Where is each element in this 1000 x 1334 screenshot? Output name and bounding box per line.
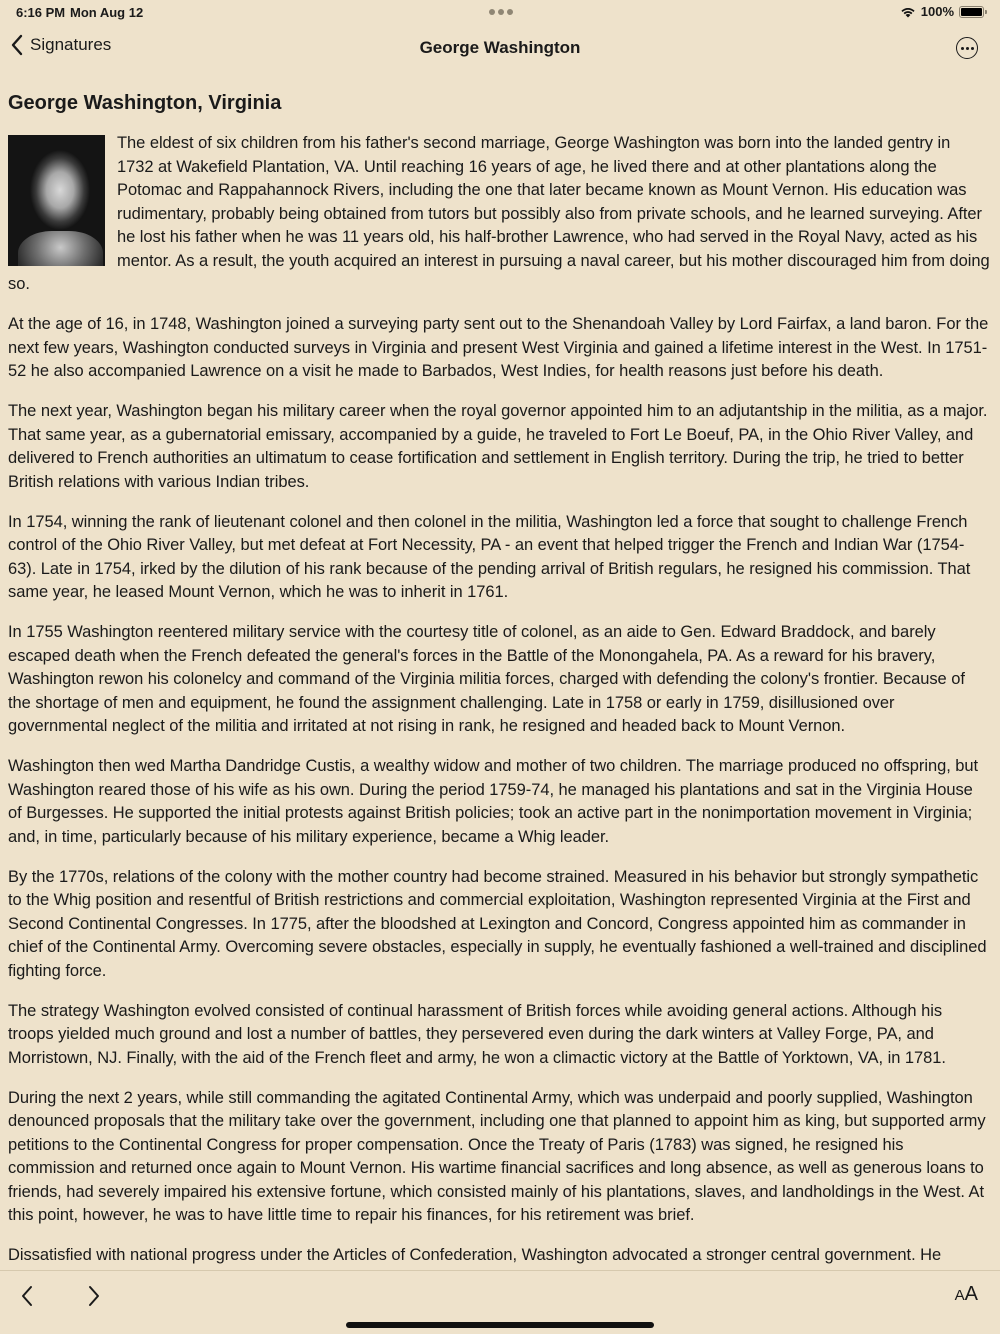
status-date: Mon Aug 12 [70, 5, 143, 20]
more-options-button[interactable] [956, 37, 978, 59]
status-time: 6:16 PM [16, 5, 65, 20]
home-indicator[interactable] [346, 1322, 654, 1328]
chevron-left-icon [10, 34, 24, 56]
article-paragraph: In 1755 Washington reentered military se… [8, 621, 990, 739]
wifi-icon [900, 6, 916, 18]
next-page-button[interactable] [84, 1283, 106, 1309]
text-size-button[interactable]: AA [955, 1283, 978, 1306]
article-paragraph: At the age of 16, in 1748, Washington jo… [8, 313, 990, 384]
status-bar: 6:16 PM Mon Aug 12 100% [0, 0, 1000, 24]
article-paragraph: Washington then wed Martha Dandridge Cus… [8, 755, 990, 849]
status-indicators: 100% [900, 4, 984, 19]
bottom-toolbar: AA [0, 1270, 1000, 1334]
multitask-dots-icon[interactable] [489, 9, 513, 15]
article-content[interactable]: George Washington, Virginia The eldest o… [8, 88, 990, 1268]
article-paragraph: Dissatisfied with national progress unde… [8, 1244, 990, 1268]
battery-icon [959, 6, 984, 18]
back-button-label: Signatures [30, 35, 111, 55]
text-size-large-icon: A [965, 1283, 978, 1305]
battery-percent: 100% [921, 4, 954, 19]
article-paragraph: The next year, Washington began his mili… [8, 400, 990, 494]
article-paragraph: During the next 2 years, while still com… [8, 1087, 990, 1228]
article-paragraph: By the 1770s, relations of the colony wi… [8, 866, 990, 984]
chevron-right-icon [84, 1283, 106, 1309]
screen: 6:16 PM Mon Aug 12 100% Signatures Georg… [0, 0, 1000, 1334]
chevron-left-icon [18, 1283, 40, 1309]
ellipsis-circle-icon [961, 47, 964, 50]
article-paragraph: The strategy Washington evolved consiste… [8, 1000, 990, 1071]
back-button[interactable]: Signatures [10, 34, 111, 56]
navigation-bar: Signatures George Washington [0, 28, 1000, 70]
page-title: George Washington [0, 38, 1000, 58]
article-paragraph: In 1754, winning the rank of lieutenant … [8, 511, 990, 605]
article-paragraph: The eldest of six children from his fath… [8, 132, 990, 297]
text-size-small-icon: A [955, 1287, 965, 1304]
article-title: George Washington, Virginia [8, 88, 990, 118]
portrait-image [8, 135, 105, 266]
previous-page-button[interactable] [18, 1283, 40, 1309]
